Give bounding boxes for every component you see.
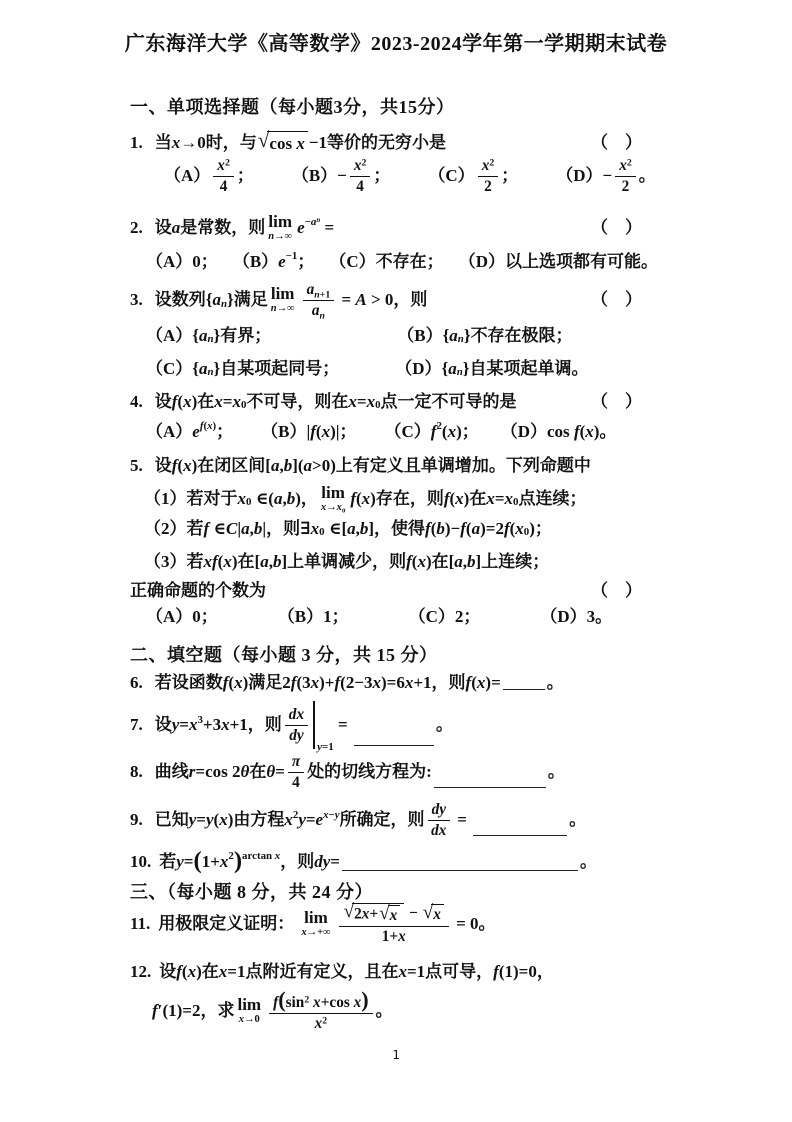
text-run: 上连续； xyxy=(481,551,549,572)
text-run: ； xyxy=(237,165,254,186)
question-5-item-2: （2）若f ∈C|a,b|，则∃x0 ∈[a,b]，使得f(b)−f(a)=2f… xyxy=(130,518,656,539)
question-5-conclusion: 正确命题的个数为（ ） xyxy=(130,580,642,601)
math-run: dx xyxy=(431,822,446,839)
math-run: x xyxy=(275,850,280,862)
text-run: ，求 xyxy=(200,1000,234,1021)
text-run: （B） xyxy=(233,251,278,272)
math-run: x→+∞ xyxy=(301,927,330,938)
text-run: 设 xyxy=(159,961,176,982)
math-run: f(x)= xyxy=(466,672,501,693)
text-run: 上有定义且单调增加。下列命题中 xyxy=(336,455,591,476)
text-run: 等价的无穷小是 xyxy=(327,132,446,153)
text-run: 0 xyxy=(246,496,251,508)
numerator: dy xyxy=(428,801,450,821)
math-run: x→0 xyxy=(172,132,206,153)
text-run: 用极限定义证明： xyxy=(158,913,294,934)
text-run: lim xyxy=(237,995,261,1014)
text-run: 自某项起同号； xyxy=(220,358,339,379)
math-run: − xyxy=(405,904,421,921)
text-run: 在 xyxy=(432,551,449,572)
square-root: √x xyxy=(379,905,400,925)
text-run: （D）以上选项都有可能。 xyxy=(459,251,658,272)
math-run: f(x) xyxy=(223,672,249,693)
denominator: 4 xyxy=(220,177,228,196)
text-run: （A） xyxy=(164,165,210,186)
math-run: } xyxy=(464,325,471,346)
text-run: （C） xyxy=(428,165,474,186)
square-root: √cos x xyxy=(258,131,308,154)
text-run: 2 xyxy=(627,158,632,169)
text-run: 。 xyxy=(376,1000,393,1021)
math-run: dy xyxy=(289,727,303,744)
superscript: 2 xyxy=(436,421,441,432)
text-run: （B） xyxy=(397,325,442,346)
limit: limx→x0 xyxy=(321,484,345,514)
text-run: lim xyxy=(271,284,295,303)
math-run: } xyxy=(463,358,470,379)
math-run: ∈[a,b] xyxy=(325,518,374,539)
math-run: n xyxy=(207,366,213,378)
exam-paper-page: 广东海洋大学《高等数学》2023-2024学年第一学期期末试卷 一、单项选择题（… xyxy=(0,0,792,1122)
question-3-stem: 3.设数列{an}满足limn→∞an+1an = A > 0，则（ ） xyxy=(130,281,642,319)
superscript: 2 xyxy=(627,159,632,169)
radical-sign: √ xyxy=(344,902,355,921)
question-4-options: （A）ef(x)；（B）|f(x)|；（C）f2(x)；（D）cos f(x)。 xyxy=(130,421,658,442)
math-run: f(x) xyxy=(350,488,376,509)
answer-bracket: （ ） xyxy=(591,132,642,153)
text-run: （B） xyxy=(292,165,337,186)
limit: limx→+∞ xyxy=(301,909,330,939)
square-root: √x xyxy=(423,904,444,924)
math-run: y=e xyxy=(298,809,323,830)
superscript: n xyxy=(316,217,320,224)
answer-blank xyxy=(354,729,434,746)
text-run: ； xyxy=(462,421,479,442)
text-run: 点可导， xyxy=(425,961,493,982)
limit: limn→∞ xyxy=(268,213,292,243)
question-9: 9.已知y=y(x)由方程x2y=ex−y所确定，则dydx = 。 xyxy=(130,801,642,839)
numerator: f(sin2 x+cos x) xyxy=(269,989,373,1014)
text-run: ； xyxy=(340,421,357,442)
denominator: an xyxy=(312,301,325,320)
question-5-item-1: （1）若对于x0 ∈(a,b)，limx→x0f(x)存在，则f(x)在x=x0… xyxy=(130,484,656,514)
subscript: n xyxy=(207,334,213,345)
math-run: n xyxy=(221,297,227,309)
superscript: 2 xyxy=(489,159,494,169)
question-11: 11.用极限定义证明：limx→+∞√2x+√x − √x1+x = 0。 xyxy=(130,903,642,945)
text-run: 0 xyxy=(375,399,380,411)
text-run: 在 xyxy=(202,961,219,982)
section-3-header: 三、（每小题 8 分，共 24 分） xyxy=(130,881,642,904)
math-run: [a,b] xyxy=(449,551,482,572)
question-2-stem: 2.设a是常数，则limn→∞e−an =（ ） xyxy=(130,213,642,243)
text-run: 1. xyxy=(130,132,143,153)
denominator: 4 xyxy=(292,773,300,792)
text-run: ， xyxy=(537,961,554,982)
text-run: 若 xyxy=(159,851,176,872)
fraction: f(sin2 x+cos x)x2 xyxy=(269,989,373,1032)
text-run: 0 xyxy=(342,507,345,514)
math-run: f(x) xyxy=(406,551,432,572)
math-run: f(x) xyxy=(200,420,216,432)
text-run: 0 xyxy=(319,526,324,538)
superscript: 2 xyxy=(225,159,230,169)
math-run: n xyxy=(316,216,320,224)
text-run: （A）0； xyxy=(146,606,218,627)
subscript: 0 xyxy=(319,527,324,538)
math-run: e xyxy=(297,217,305,238)
text-run: 三、（每小题 8 分，共 24 分） xyxy=(130,881,373,904)
text-run: 不可导，则在 xyxy=(246,391,348,412)
text-run: ，使得 xyxy=(374,518,425,539)
subscript: n xyxy=(457,367,463,378)
math-run: {a xyxy=(192,358,207,379)
subscript: 0 xyxy=(524,527,529,538)
math-run: −1 xyxy=(309,132,327,153)
math-run: x xyxy=(390,907,398,924)
big-paren: ( xyxy=(193,849,201,874)
math-run: x xyxy=(217,157,225,174)
math-run: f(x) xyxy=(176,961,202,982)
question-5-item-3: （3）若xf(x)在[a,b]上单调减少，则f(x)在[a,b]上连续； xyxy=(130,551,656,572)
math-run: − xyxy=(603,165,613,186)
text-run: −1 xyxy=(286,250,298,262)
answer-bracket: （ ） xyxy=(591,289,642,310)
superscript: 2 xyxy=(228,851,233,862)
math-run: dy xyxy=(432,801,446,818)
fraction: x22 xyxy=(615,157,636,195)
numerator: π xyxy=(288,753,304,773)
superscript: −1 xyxy=(286,251,298,262)
text-run: 2 xyxy=(304,995,309,1006)
square-root: √2x+√x xyxy=(344,903,405,925)
question-3-options-row2: （C）{an}自某项起同号；（D）{an}自某项起单调。 xyxy=(130,358,658,379)
section-1-header: 一、单项选择题（每小题3分，共15分） xyxy=(130,96,642,119)
text-run: 2 xyxy=(225,158,230,169)
text-run: （C） xyxy=(385,421,431,442)
text-run: 当 xyxy=(155,132,172,153)
text-run: 点连续； xyxy=(518,488,586,509)
math-run: x xyxy=(296,134,305,153)
text-run: 点附近有定义，且在 xyxy=(245,961,398,982)
math-run: (a>0) xyxy=(298,455,336,476)
math-run: x+ xyxy=(309,994,329,1011)
denominator: dy xyxy=(289,726,303,745)
text-run: 8. xyxy=(130,761,143,782)
text-run: 在闭区间 xyxy=(197,455,265,476)
text-run: 设 xyxy=(155,714,172,735)
text-run: （B） xyxy=(261,421,306,442)
text-run: ， xyxy=(301,488,318,509)
text-run: （C） xyxy=(146,358,192,379)
question-5-options: （A）0；（B）1；（C）2；（D）3。 xyxy=(130,606,658,627)
subscript: 0 xyxy=(513,497,518,508)
text-run: 7. xyxy=(130,714,143,735)
question-6: 6.若设函数f(x)满足2f(3x)+f(2−3x)=6x+1，则f(x)=。 xyxy=(130,672,642,693)
text-run: 点一定不可导的是 xyxy=(381,391,517,412)
math-run: {a xyxy=(442,358,457,379)
limit: limn→∞ xyxy=(271,285,295,315)
text-run: 二、填空题（每小题 3 分，共 15 分） xyxy=(130,644,438,667)
superscript: 2 xyxy=(362,159,367,169)
math-run: y=y(x) xyxy=(189,809,234,830)
superscript: f(x) xyxy=(200,421,216,432)
text-run: （2）若 xyxy=(144,518,204,539)
math-run: n xyxy=(320,310,325,321)
math-run: x→x xyxy=(321,502,342,513)
text-run: 在 xyxy=(197,391,214,412)
math-run: n→∞ xyxy=(271,303,295,314)
question-7: 7.设y=x3+3x+1，则dxdyy=1 = 。 xyxy=(130,701,642,749)
text-run: ； xyxy=(373,165,390,186)
answer-blank xyxy=(342,854,578,871)
subscript: n xyxy=(221,298,227,309)
numerator: dx xyxy=(285,706,308,726)
text-run: = xyxy=(453,809,471,830)
denominator: 1+x xyxy=(382,927,406,946)
text-run: ，则 xyxy=(432,672,466,693)
text-run: lim xyxy=(321,483,345,502)
text-run: 设 xyxy=(155,217,172,238)
math-run: |f(x)| xyxy=(306,421,339,442)
math-run: y=x xyxy=(172,714,198,735)
text-run: 。 xyxy=(436,714,453,735)
question-12-line-1: 12.设f(x)在x=1点附近有定义，且在x=1点可导，f(1)=0， xyxy=(130,961,642,982)
fraction: x22 xyxy=(478,157,499,195)
fraction: √2x+√x − √x1+x xyxy=(339,903,449,945)
math-run: f′(1)=2 xyxy=(152,1000,200,1021)
answer-bracket: （ ） xyxy=(591,580,642,601)
text-run: （A） xyxy=(146,325,192,346)
question-2-options: （A）0；（B）e−1；（C）不存在；（D）以上选项都有可能。 xyxy=(130,251,658,272)
text-run: ，则 xyxy=(266,518,300,539)
fraction: dxdy xyxy=(285,706,308,744)
math-run: } xyxy=(214,358,221,379)
text-run: 。 xyxy=(479,913,496,934)
denominator: 2 xyxy=(622,177,630,196)
page-number: 1 xyxy=(0,1048,792,1062)
text-run: 2 xyxy=(489,158,494,169)
math-run: θ= xyxy=(266,761,285,782)
subscript: n xyxy=(207,367,213,378)
text-run: 。 xyxy=(547,672,564,693)
answer-blank xyxy=(473,819,567,836)
text-run: 0 xyxy=(524,526,529,538)
subscript: 0 xyxy=(375,400,380,411)
math-run: − xyxy=(337,165,347,186)
math-run: {a xyxy=(206,289,221,310)
text-run: ； xyxy=(535,518,552,539)
math-run: r= xyxy=(189,761,205,782)
question-1-stem: 1.当x→0时，与√cos x−1等价的无穷小是（ ） xyxy=(130,131,642,154)
math-run: n xyxy=(207,333,213,345)
text-run: （A）0； xyxy=(146,251,218,272)
math-run: a xyxy=(307,281,315,298)
text-run: lim xyxy=(304,908,328,927)
text-run: 2 xyxy=(362,158,367,169)
text-run: sin xyxy=(286,994,305,1011)
math-run: x xyxy=(354,157,362,174)
fraction: dydx xyxy=(428,801,450,839)
text-run: （B）1； xyxy=(278,606,349,627)
text-run: 满足 xyxy=(234,289,268,310)
math-run: dx xyxy=(289,706,304,723)
math-run: 2x+ xyxy=(354,905,378,922)
text-run: 12. xyxy=(130,961,151,982)
text-run: 11. xyxy=(130,913,150,934)
question-5-stem: 5.设f(x)在闭区间[a,b](a>0)上有定义且单调增加。下列命题中 xyxy=(130,455,642,476)
text-run: 一、单项选择题（每小题3分，共15分） xyxy=(130,96,455,119)
math-run: x=x xyxy=(214,391,241,412)
text-run: 满足 xyxy=(248,672,282,693)
math-run: e xyxy=(192,421,200,442)
text-run: > 0，则 xyxy=(367,289,428,310)
text-run: cos xyxy=(329,994,353,1011)
question-3-options-row1: （A）{an}有界；（B）{an}不存在极限； xyxy=(130,325,658,346)
radical-sign: √ xyxy=(423,903,434,922)
math-run: x→0 xyxy=(239,1014,260,1025)
text-run: 4. xyxy=(130,391,143,412)
math-run: f(x) xyxy=(172,391,198,412)
fraction: x24 xyxy=(350,157,371,195)
superscript: 2 xyxy=(293,810,298,821)
text-run: 10. xyxy=(130,851,151,872)
math-run: dy= xyxy=(314,851,340,872)
math-run: −a xyxy=(305,216,317,228)
answer-blank xyxy=(503,673,545,690)
text-run: 4 xyxy=(292,774,300,791)
fraction: π4 xyxy=(288,753,304,791)
question-12-line-2: f′(1)=2，求limx→0f(sin2 x+cos x)x2。 xyxy=(130,989,664,1032)
subscript: 0 xyxy=(246,497,251,508)
math-run: 1+x xyxy=(202,851,229,872)
math-run: x−y xyxy=(323,809,339,821)
text-run: 2 xyxy=(228,850,233,862)
math-run: x=1 xyxy=(398,961,425,982)
text-run: （D） xyxy=(395,358,441,379)
text-run: cos 2 xyxy=(205,761,240,782)
text-run: 由方程 xyxy=(233,809,284,830)
text-run: ； xyxy=(501,165,518,186)
fraction: an+1an xyxy=(303,281,335,319)
text-run: （1）若对于 xyxy=(144,488,238,509)
big-paren: ( xyxy=(278,987,285,1012)
text-run: = 0 xyxy=(452,913,479,934)
text-run: cos xyxy=(269,134,296,153)
math-run: 1+x xyxy=(382,928,406,945)
superscript: x−y xyxy=(323,810,339,821)
text-run: （3）若 xyxy=(144,551,204,572)
text-run: 3 xyxy=(197,714,202,726)
text-run: ，则 xyxy=(280,851,314,872)
math-run: e xyxy=(278,251,286,272)
numerator: x2 xyxy=(213,157,234,177)
text-run: 。 xyxy=(599,421,616,442)
math-run: n+1 xyxy=(314,289,330,300)
text-run: 9. xyxy=(130,809,143,830)
text-run: 正确命题的个数为 xyxy=(130,580,266,601)
math-run: a xyxy=(312,302,320,319)
math-run: x=x xyxy=(348,391,375,412)
question-1-options: （A）x24；（B）−x24；（C）x22；（D）−x22。 xyxy=(130,157,676,195)
text-run: = xyxy=(337,289,355,310)
math-run: x=1 xyxy=(219,961,246,982)
math-run: f(1)=0 xyxy=(493,961,537,982)
numerator: √2x+√x − √x xyxy=(339,903,449,927)
text-run: 5. xyxy=(130,455,143,476)
subscript: 0 xyxy=(342,508,345,515)
math-run: f(x) xyxy=(574,421,600,442)
subscript: n xyxy=(320,311,325,321)
math-run: xf(x) xyxy=(204,551,238,572)
text-run: （D） xyxy=(556,165,602,186)
math-run: x=x xyxy=(486,488,513,509)
text-run: 设 xyxy=(155,455,172,476)
math-run: ∈(a,b) xyxy=(251,488,300,509)
math-run: A xyxy=(355,289,366,310)
text-run: 所确定，则 xyxy=(340,809,425,830)
text-run: 2 xyxy=(484,178,492,195)
question-4-stem: 4.设f(x)在x=x0不可导，则在x=x0点一定不可导的是（ ） xyxy=(130,391,642,412)
text-run: 0 xyxy=(513,496,518,508)
text-run: 存在，则 xyxy=(376,488,444,509)
text-run: ，则 xyxy=(248,714,282,735)
math-run: [a,b] xyxy=(255,551,288,572)
superscript: 3 xyxy=(197,715,202,726)
math-run: y= xyxy=(176,851,193,872)
section-2-header: 二、填空题（每小题 3 分，共 15 分） xyxy=(130,644,642,667)
numerator: an+1 xyxy=(303,281,335,301)
math-run: n→∞ xyxy=(268,231,292,242)
radical-sign: √ xyxy=(258,130,270,151)
math-run: ∃x xyxy=(300,518,319,539)
math-run: x xyxy=(619,157,627,174)
text-run: lim xyxy=(268,212,292,231)
superscript: 2 xyxy=(304,996,309,1006)
answer-bracket: （ ） xyxy=(591,391,642,412)
math-run: n xyxy=(458,333,464,345)
text-run: 在 xyxy=(249,761,266,782)
text-run: 。 xyxy=(569,809,586,830)
math-run: x xyxy=(238,488,247,509)
text-run: 曲线 xyxy=(155,761,189,782)
math-run: (x) xyxy=(442,421,462,442)
math-run: {a xyxy=(192,325,207,346)
math-run: f(b)−f(a)=2f(x xyxy=(425,518,524,539)
text-run: 2 xyxy=(622,178,630,195)
text-run: 。 xyxy=(580,851,597,872)
text-run: 。 xyxy=(639,165,656,186)
text-run: = xyxy=(320,217,334,238)
text-run: （D）cos xyxy=(501,421,574,442)
text-run: 是常数，则 xyxy=(180,217,265,238)
text-run: 2. xyxy=(130,217,143,238)
math-run: +3x+1 xyxy=(203,714,248,735)
text-run: 4 xyxy=(220,178,228,195)
text-run: 若设函数 xyxy=(155,672,223,693)
text-run: 有界； xyxy=(220,325,271,346)
numerator: x2 xyxy=(478,157,499,177)
math-run: y=1 xyxy=(317,741,334,753)
text-run: 6. xyxy=(130,672,143,693)
text-run: 4 xyxy=(356,178,364,195)
math-run: f(x) xyxy=(444,488,470,509)
superscript: arctan x xyxy=(242,851,280,862)
text-run: （D）3。 xyxy=(540,606,612,627)
text-run: 在 xyxy=(469,488,486,509)
subscript: n xyxy=(458,334,464,345)
text-run: 处的切线方程为: xyxy=(307,761,432,782)
